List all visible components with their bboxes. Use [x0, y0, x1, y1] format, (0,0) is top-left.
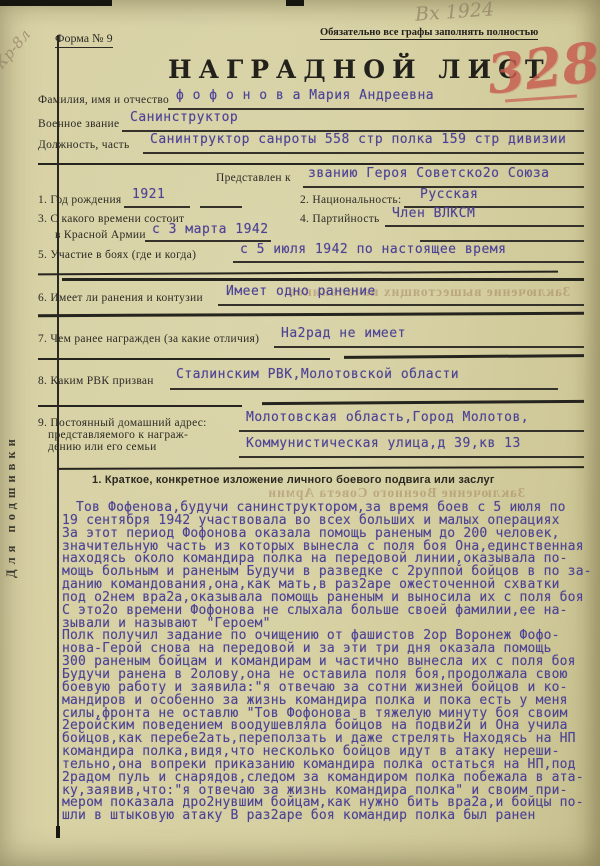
rule	[38, 358, 330, 360]
rule	[38, 312, 584, 317]
rule	[38, 405, 242, 407]
q5-combat-participation-label: 5. Участие в боях (где и когда)	[38, 249, 196, 261]
presented-for-label: Представлен к	[216, 172, 291, 184]
q4-party-label: 4. Партийность	[300, 213, 380, 225]
military-rank-value: Санинструктор	[130, 110, 238, 125]
q6-wounds-value: Имеет одно ранение	[226, 284, 376, 299]
q1-birth-year-label: 1. Год рождения	[38, 194, 122, 206]
position-unit-value: Санинтруктор санроты 558 стр полка 159 с…	[150, 132, 566, 147]
q5-combat-participation-value: с 5 июля 1942 по настоящее время	[240, 242, 506, 257]
q7-previous-awards-value: На2рад не имеет	[281, 326, 406, 341]
incoming-number-pencil: Вх 1924	[414, 0, 494, 26]
q1-birth-year-value: 1921	[132, 187, 165, 202]
q8-recruiting-office-value: Сталинским РВК,Молотовской области	[176, 367, 459, 382]
rule	[233, 261, 584, 263]
award-sheet-page: Кр-8л Форма № 9 Обязательно все графы за…	[0, 0, 600, 866]
filing-margin-line-end	[56, 826, 60, 838]
rule	[274, 346, 584, 348]
red-sheet-number: 328	[484, 29, 600, 106]
rule	[124, 206, 190, 208]
q9-home-address-label-line2: представляемого к награж-	[48, 429, 188, 441]
q2-nationality-label: 2. Национальность:	[300, 194, 401, 206]
q2-nationality-value: Русская	[420, 187, 478, 202]
rule	[200, 206, 242, 208]
filing-margin-vertical-label: Для подшивки	[4, 288, 19, 578]
presented-for-value: званию Героя Советско2о Союза	[308, 166, 549, 181]
filing-margin-line	[57, 35, 59, 838]
rule	[143, 152, 584, 154]
rule	[38, 163, 584, 165]
scan-artifact-top-mid	[286, 0, 304, 6]
rule	[38, 271, 558, 276]
body-line: шли в штыковую атаку В раз2аре боя коман…	[62, 810, 590, 823]
feat-description-body: Тов Фофенова,будучи санинструктором,за в…	[62, 502, 590, 823]
q6-wounds-label: 6. Имеет ли ранения и контузии	[38, 292, 203, 304]
form-number: Форма № 9	[55, 31, 113, 48]
rule	[58, 466, 584, 470]
rule	[239, 456, 584, 458]
q4-party-value: Член ВЛКСМ	[392, 206, 475, 221]
q3-service-since-label-line2: в Красной Армии	[55, 229, 146, 241]
scan-artifact-top-left	[0, 0, 112, 6]
rule	[218, 304, 584, 306]
q8-recruiting-office-label: 8. Каким РВК призван	[38, 375, 154, 387]
name-value: ф о ф о н о в а Мария Андреевна	[176, 88, 434, 103]
bleedthrough-text: Заключение Военного Совета Армии	[155, 485, 525, 501]
pencil-corner-mark: Кр-8л	[0, 26, 34, 72]
q7-previous-awards-label: 7. Чем ранее награжден (за какие отличия…	[38, 333, 259, 345]
rule	[239, 430, 584, 432]
rule	[262, 400, 584, 405]
rule	[385, 225, 584, 227]
q9-home-address-label-line3: дению или его семьи	[48, 441, 157, 453]
q9-home-address-label-line1: 9. Постоянный домашний адрес:	[38, 417, 207, 429]
fill-all-fields-instruction: Обязательно все графы заполнять полность…	[320, 27, 538, 40]
rule	[62, 278, 584, 281]
q9-home-address-value-line1: Молотовская область,Город Молотов,	[246, 410, 529, 425]
rule	[344, 354, 584, 358]
rule	[170, 388, 558, 390]
q9-home-address-value-line2: Коммунистическая улица,д 39,кв 13	[246, 436, 521, 451]
q3-service-since-value: с 3 марта 1942	[152, 222, 269, 237]
position-unit-label: Должность, часть	[38, 139, 130, 151]
military-rank-label: Военное звание	[38, 118, 119, 130]
